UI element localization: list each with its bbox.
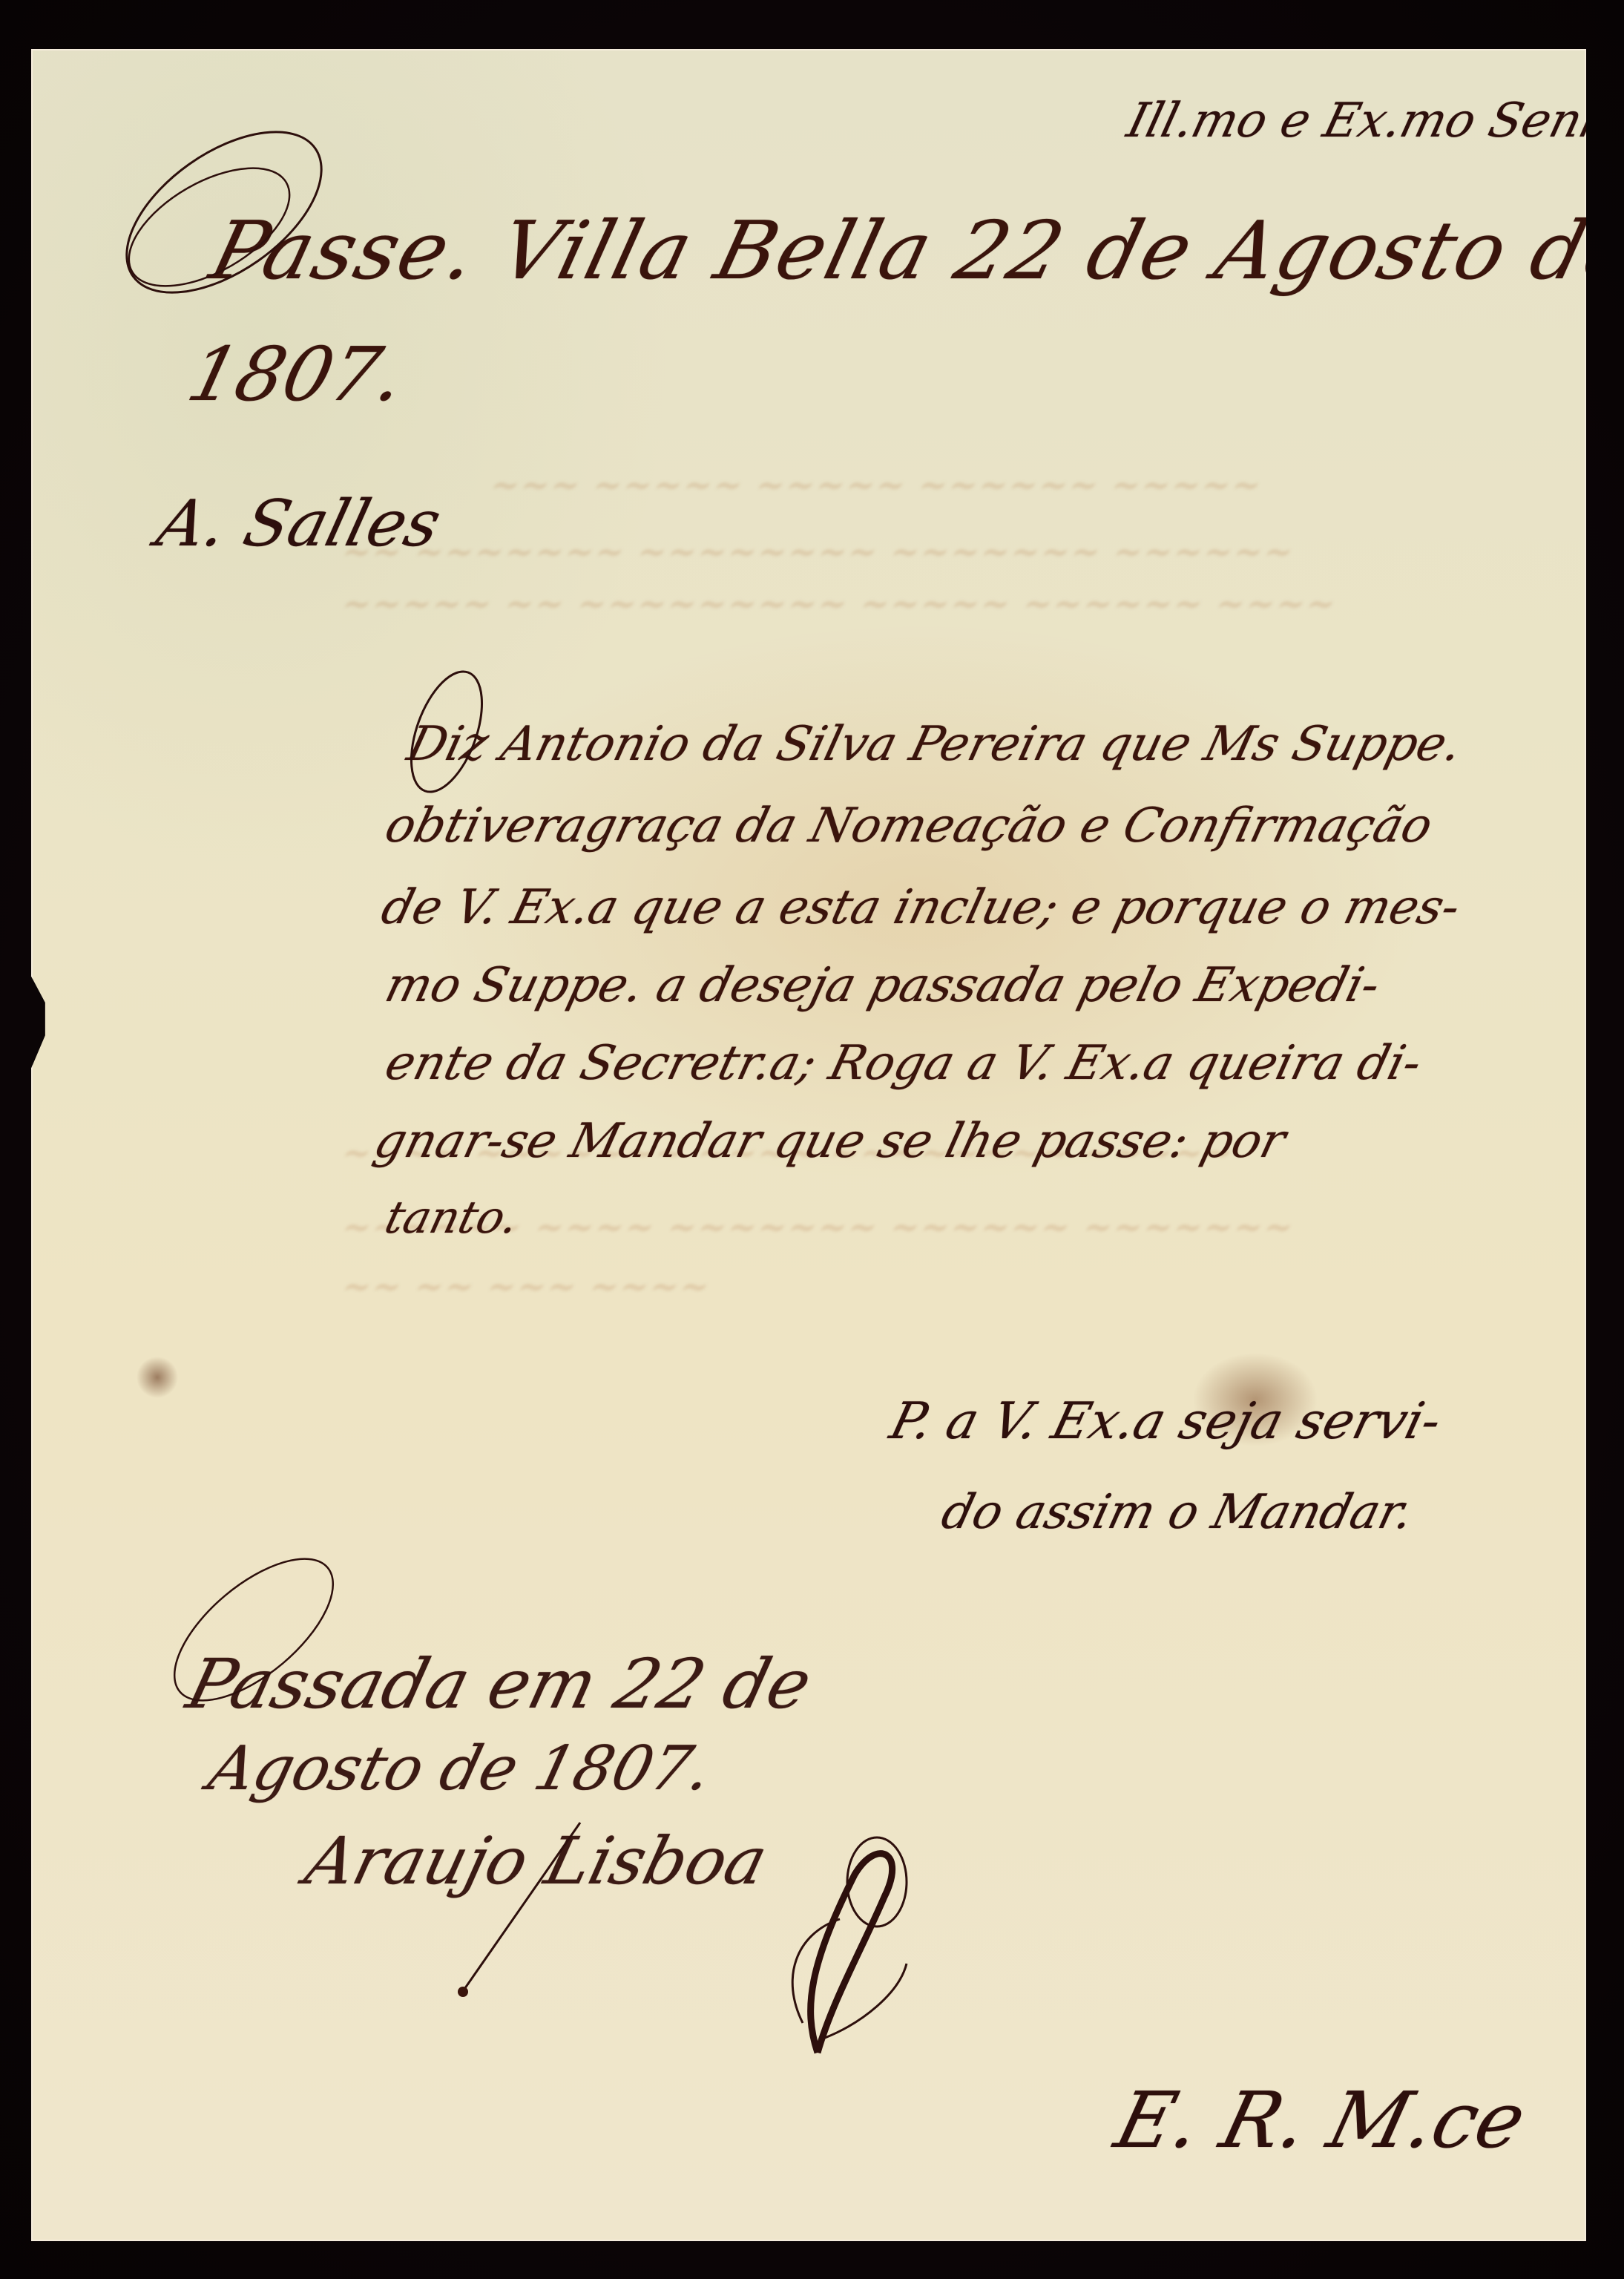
initials-signature: A. Salles [150,487,448,561]
petition-line: de V. Ex.a que a esta inclue; e porque o… [376,880,1465,935]
petition-line: tanto. [380,1192,524,1244]
petition-line: ente da Secretr.a; Roga a V. Ex.a queira… [380,1036,1427,1091]
bleed-through-line: ∼∼∼∼∼ ∼∼ ∼∼∼∼∼∼∼∼∼ ∼∼∼∼∼ ∼∼∼∼∼∼ ∼∼∼∼ [338,583,1341,623]
bleed-through-line: ∼∼ ∼∼∼∼∼∼∼ ∼∼∼∼∼∼∼∼ ∼∼∼∼∼∼∼ ∼∼∼∼∼∼ [338,531,1298,571]
registration-line-2: Agosto de 1807. [202,1734,719,1804]
petition-line: Diz Antonio da Silva Pereira que Ms Supp… [402,717,1467,772]
petition-line: obtiveragraça da Nomeação e Confirmação [380,799,1438,853]
footer-abbreviation: E. R. M.ce [1107,2075,1534,2165]
manuscript-page: ∼∼∼ ∼∼∼∼∼ ∼∼∼∼∼ ∼∼∼∼∼∼ ∼∼∼∼∼ ∼∼ ∼∼∼∼∼∼∼ … [31,49,1586,2241]
bleed-through-line: ∼∼∼ ∼∼∼∼∼ ∼∼∼∼∼ ∼∼∼∼∼∼ ∼∼∼∼∼ [487,465,1266,505]
salutation: Ill.mo e Ex.mo Senhor [1122,94,1624,148]
petition-line: gnar-se Mandar que se lhe passe: por [369,1114,1291,1169]
registration-line-1: Passada em 22 de [180,1645,819,1724]
bleed-through-line: ∼∼ ∼∼ ∼∼∼ ∼∼∼∼ [338,1266,714,1306]
rubric-paraph [773,1830,921,2068]
closing-line: P. a V. Ex.a seja servi- [884,1392,1447,1451]
dispatch-line-1: Passe. Villa Bella 22 de Agosto de [202,205,1624,298]
petition-line: mo Suppe. a deseja passada pelo Expedi- [380,958,1385,1013]
registration-signature: Araujo Lisboa [298,1823,775,1899]
dispatch-line-2: 1807. [180,331,413,418]
closing-line: do assim o Mandar. [936,1485,1418,1540]
